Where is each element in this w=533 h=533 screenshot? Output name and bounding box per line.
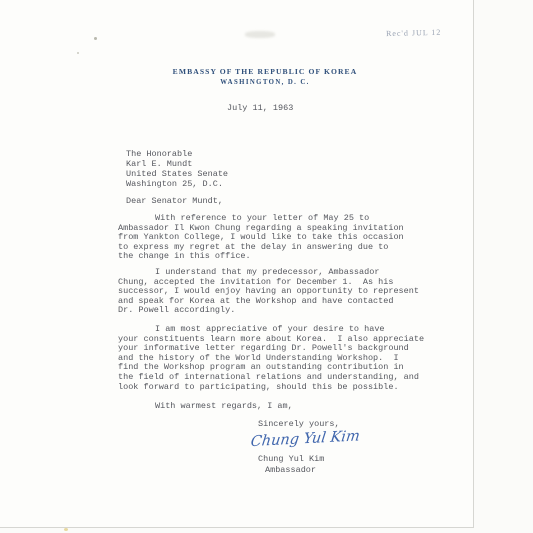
complimentary-close: Sincerely yours, xyxy=(258,419,340,429)
letterhead-embassy-name: EMBASSY OF THE REPUBLIC OF KOREA xyxy=(100,67,430,76)
recipient-address-block: The HonorableKarl E. MundtUnited States … xyxy=(126,149,228,189)
signature-block: Chung Yul Kim Ambassador xyxy=(258,454,324,475)
letterhead: EMBASSY OF THE REPUBLIC OF KOREA WASHING… xyxy=(100,67,430,86)
scanned-letter: Rec'd JUL 12 EMBASSY OF THE REPUBLIC OF … xyxy=(0,0,533,533)
scan-speck xyxy=(94,37,97,40)
letterhead-city: WASHINGTON, D. C. xyxy=(100,79,430,86)
signer-name: Chung Yul Kim xyxy=(258,454,324,465)
scan-speck xyxy=(77,52,79,54)
text-line: Karl E. Mundt xyxy=(126,159,228,169)
text-line: Dr. Powell accordingly. xyxy=(118,306,434,316)
scan-smudge xyxy=(245,31,275,38)
letter-date: July 11, 1963 xyxy=(227,103,293,113)
body-paragraph-1: With reference to your letter of May 25 … xyxy=(118,214,434,262)
salutation: Dear Senator Mundt, xyxy=(126,196,223,206)
body-paragraph-3: I am most appreciative of your desire to… xyxy=(118,325,434,392)
body-paragraph-4: With warmest regards, I am, xyxy=(118,402,434,412)
body-paragraph-2: I understand that my predecessor, Ambass… xyxy=(118,268,434,316)
text-line: Washington 25, D.C. xyxy=(126,179,228,189)
signer-title: Ambassador xyxy=(258,465,324,476)
text-line: With warmest regards, I am, xyxy=(118,402,434,412)
text-line: look forward to participating, should th… xyxy=(118,383,434,393)
scan-speck xyxy=(64,528,68,531)
text-line: The Honorable xyxy=(126,149,228,159)
text-line: the change in this office. xyxy=(118,252,434,262)
text-line: United States Senate xyxy=(126,169,228,179)
